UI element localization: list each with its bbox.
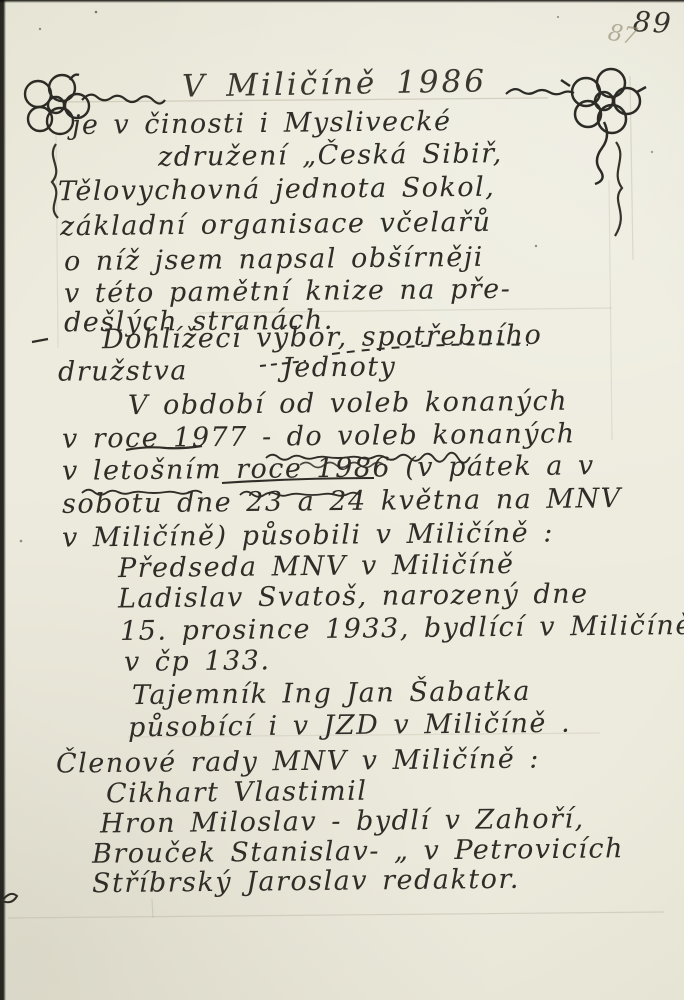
- handwritten-line: Stříbrský Jaroslav redaktor.: [92, 864, 520, 899]
- handwritten-line: základní organisace včelařů: [60, 207, 492, 243]
- pencil-line-bottom: [8, 912, 664, 918]
- right-brace: [615, 142, 622, 236]
- handwritten-line: v Miličíně) působili v Miličíně :: [62, 517, 554, 553]
- handwritten-line: združení „Česká Sibiř,: [158, 138, 503, 173]
- handwritten-line: Dohlížecí výbor, spotřebního: [102, 320, 543, 356]
- flower-stem: [595, 122, 607, 184]
- handwritten-line: družstva: [58, 355, 188, 387]
- pencil-margin-left: [56, 132, 58, 348]
- handwritten-line: Tělovychovná jednota Sokol,: [58, 172, 496, 208]
- pencil-tick-bottom: [152, 899, 153, 918]
- handwritten-line: v čp 133.: [124, 645, 271, 678]
- scan-edge-top: [0, 0, 684, 3]
- scanned-chronicle-page: 89 87: [0, 0, 684, 1000]
- handwritten-line: o níž jsem napsal obšírněji: [64, 242, 484, 277]
- handwritten-line: v roce 1977 - do voleb konaných: [62, 418, 576, 454]
- handwritten-line: v letošním roce 1986 (v pátek a v: [62, 450, 595, 487]
- handwritten-line: v této pamětní knize na pře-: [64, 274, 512, 310]
- handwritten-line: sobotu dne 23 a 24 května na MNV: [62, 483, 622, 520]
- handwritten-line: Cikhart Vlastimil: [106, 776, 368, 810]
- page-number-ghost: 87: [606, 20, 639, 51]
- scan-edge-left: [0, 0, 6, 1000]
- handwritten-line: V období od voleb konaných: [128, 386, 568, 422]
- handwritten-line-inserted: Jednoty: [282, 351, 397, 383]
- handwritten-line: působící i v JZD v Miličíně .: [128, 708, 571, 744]
- page-title: V Miličíně 1986: [182, 63, 488, 104]
- handwritten-line: je v činosti i Myslivecké: [72, 106, 452, 141]
- page-number: 89: [632, 5, 673, 40]
- handwritten-line: Ladislav Svatoš, narozený dne: [118, 579, 589, 615]
- margin-dash: [32, 339, 48, 342]
- handwritten-line: Členové rady MNV v Miličíně :: [56, 743, 540, 779]
- handwritten-line: 15. prosince 1933, bydlící v Miličíně: [120, 610, 684, 647]
- pencil-margin-right-lower: [609, 180, 612, 440]
- handwritten-line: Předseda MNV v Miličíně: [118, 549, 515, 584]
- handwritten-line: Tajemník Ing Jan Šabatka: [132, 676, 531, 711]
- handwritten-line: Brouček Stanislav- „ v Petrovicích: [92, 833, 624, 870]
- flower-doodle-right-icon: [561, 69, 646, 184]
- pencil-margin-right: [630, 76, 633, 260]
